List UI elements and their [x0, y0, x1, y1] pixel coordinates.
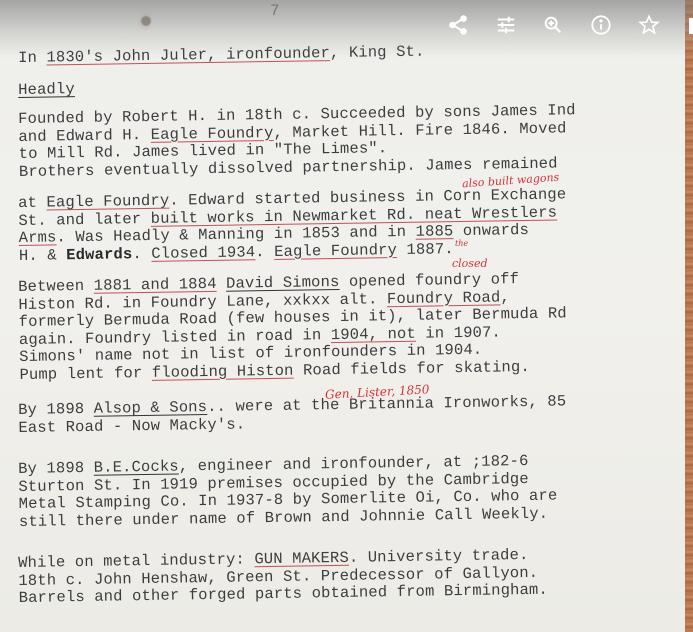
typed-paragraph: Headly — [18, 71, 678, 99]
sliders-icon — [495, 14, 517, 41]
handwritten-note: the — [455, 239, 468, 248]
favorite-button[interactable] — [636, 14, 662, 40]
marked-text: David Simons — [226, 273, 340, 293]
marked-text: 1881 and 1884 — [94, 275, 217, 295]
typed-paragraph: at Eagle Foundry. Edward started busines… — [18, 185, 679, 265]
typed-paragraph: While on metal industry: GUN MAKERS. Uni… — [18, 545, 679, 608]
marked-text: Alsop & Sons — [94, 398, 208, 418]
marked-text: flooding Histon — [152, 361, 294, 381]
info-icon — [590, 14, 612, 41]
typed-paragraph: Between 1881 and 1884 David Simons opene… — [18, 269, 680, 384]
marked-text: 1904, not — [331, 324, 416, 343]
marked-text: GUN MAKERS — [254, 549, 349, 568]
typed-paragraph: Founded by Robert H. in 18th c. Succeede… — [18, 101, 679, 181]
marked-text: Edwards — [66, 245, 132, 264]
marked-text: B.E.Cocks — [94, 457, 179, 476]
marked-text: Arms — [19, 228, 57, 247]
typed-paragraph: By 1898 B.E.Cocks, engineer and ironfoun… — [18, 451, 679, 531]
more-button[interactable] — [689, 18, 693, 34]
typed-document: In 1830's John Juler, ironfounder, King … — [18, 50, 678, 620]
edit-button[interactable] — [493, 14, 519, 40]
marked-text: 1885 — [415, 222, 453, 241]
share-icon — [447, 14, 469, 41]
typed-line: Headly — [18, 71, 678, 99]
wood-background — [685, 0, 693, 632]
handwritten-note: closed — [452, 257, 488, 270]
viewer-toolbar — [0, 0, 693, 56]
document-photo: 7 In 1830's John Juler, ironfounder, Kin… — [0, 0, 686, 632]
zoom-in-icon — [542, 14, 564, 41]
photo-viewer: 7 In 1830's John Juler, ironfounder, Kin… — [0, 0, 693, 632]
marked-text: Eagle Foundry — [274, 241, 397, 261]
star-icon — [638, 14, 660, 41]
marked-text: Closed 1934 — [151, 243, 255, 263]
share-button[interactable] — [445, 14, 471, 40]
info-button[interactable] — [588, 14, 614, 40]
zoom-button[interactable] — [540, 14, 566, 40]
